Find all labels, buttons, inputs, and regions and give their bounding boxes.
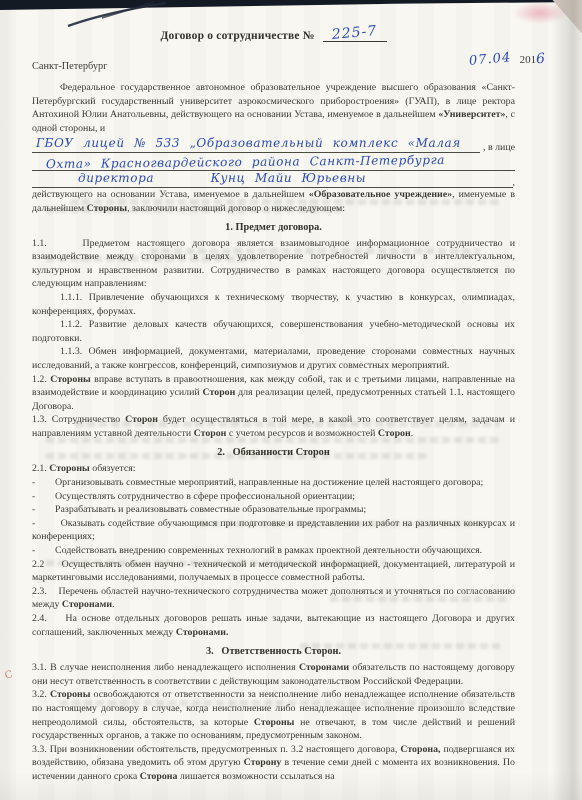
margin-pen-mark-artifact: Ϲ [4, 669, 14, 682]
document-content: Договор о сотрудничестве №225-7 Санкт-Пе… [32, 12, 515, 784]
para-1-1-1: 1.1.1. Привлечение обучающихся к техниче… [32, 291, 515, 318]
date-year-digit-handwritten: 6 [536, 51, 546, 67]
list-item-1: - Организовывать совместные мероприятий,… [32, 476, 515, 490]
document-title-row: Договор о сотрудничестве №225-7 [32, 26, 515, 44]
list-item-4: - Оказывать содействие обучающимся при п… [32, 517, 515, 544]
handwritten-line-3: директора Кунц Майи Юрьевны, [32, 171, 515, 188]
preamble-education-institution: действующего на основании Устава, именуе… [32, 188, 515, 215]
fill-in-underline: ГБОУ лицей № 533 „Образовательный компле… [32, 134, 480, 153]
handwritten-institution-name: ГБОУ лицей № 533 „Образовательный компле… [36, 136, 461, 150]
page-edge-shadow [552, 0, 582, 800]
para-1-1: 1.1. Предметом настоящего договора являе… [32, 237, 515, 291]
section-3-heading: 3. Ответственность Сторон. [32, 645, 515, 659]
para-2-2: 2.2 Осуществлять обмен научно - техничес… [32, 558, 515, 585]
section-2-heading: 2. Обязанности Сторон [32, 446, 515, 460]
date-day-month-handwritten: 07.04 [469, 50, 512, 69]
contract-number-handwritten: 225-7 [331, 23, 378, 43]
list-item-3: - Разрабатывать и реализовывать совместн… [32, 503, 515, 517]
handwritten-director-name: директора Кунц Майи Юрьевны [78, 171, 366, 185]
handwritten-line-1: ГБОУ лицей № 533 „Образовательный компле… [32, 136, 515, 153]
preamble-university: Федеральное государственное автономное о… [32, 81, 515, 135]
date-year-printed: 201 [520, 54, 537, 66]
date-block: 07.04 2016 [469, 50, 545, 68]
para-1-3: 1.3. Сотрудничество Сторон будет осущест… [32, 413, 515, 440]
para-3-1: 3.1. В случае неисполнения либо ненадлеж… [32, 661, 515, 688]
printed-comma: , [513, 177, 515, 188]
printed-v-lice: , в лице [480, 142, 515, 153]
para-2-4: 2.4. На основе отдельных договоров решат… [32, 612, 515, 639]
para-3-2: 3.2. Стороны освобождаются от ответствен… [32, 688, 515, 742]
handwritten-party-block: ГБОУ лицей № 533 „Образовательный компле… [32, 136, 515, 188]
document-title: Договор о сотрудничестве № [160, 30, 314, 42]
para-1-1-2: 1.1.2. Развитие деловых качеств обучающи… [32, 318, 515, 345]
city-date-row: Санкт-Петербург 07.04 2016 [32, 56, 515, 72]
para-2-1: 2.1. Стороны обязуется: [32, 462, 515, 476]
contract-number-underline: 225-7 [323, 26, 387, 42]
scanned-contract-page: Ϲ Договор о сотрудничестве №225-7 Санкт-… [0, 0, 582, 800]
list-item-2: - Осуществлять сотрудничество в сфере пр… [32, 490, 515, 504]
list-item-5: - Содействовать внедрению современных те… [32, 544, 515, 558]
para-1-1-3: 1.1.3. Обмен информацией, документами, м… [32, 345, 515, 372]
fill-in-underline: директора Кунц Майи Юрьевны [32, 169, 513, 188]
para-3-3: 3.3. При возникновении обстоятельств, пр… [32, 743, 515, 784]
city-label: Санкт-Петербург [32, 61, 107, 72]
section-1-heading: 1. Предмет договора. [32, 221, 515, 235]
para-1-2: 1.2. Стороны вправе вступать в правоотно… [32, 373, 515, 414]
para-2-3: 2.3. Перечень областей научно-техническо… [32, 585, 515, 612]
